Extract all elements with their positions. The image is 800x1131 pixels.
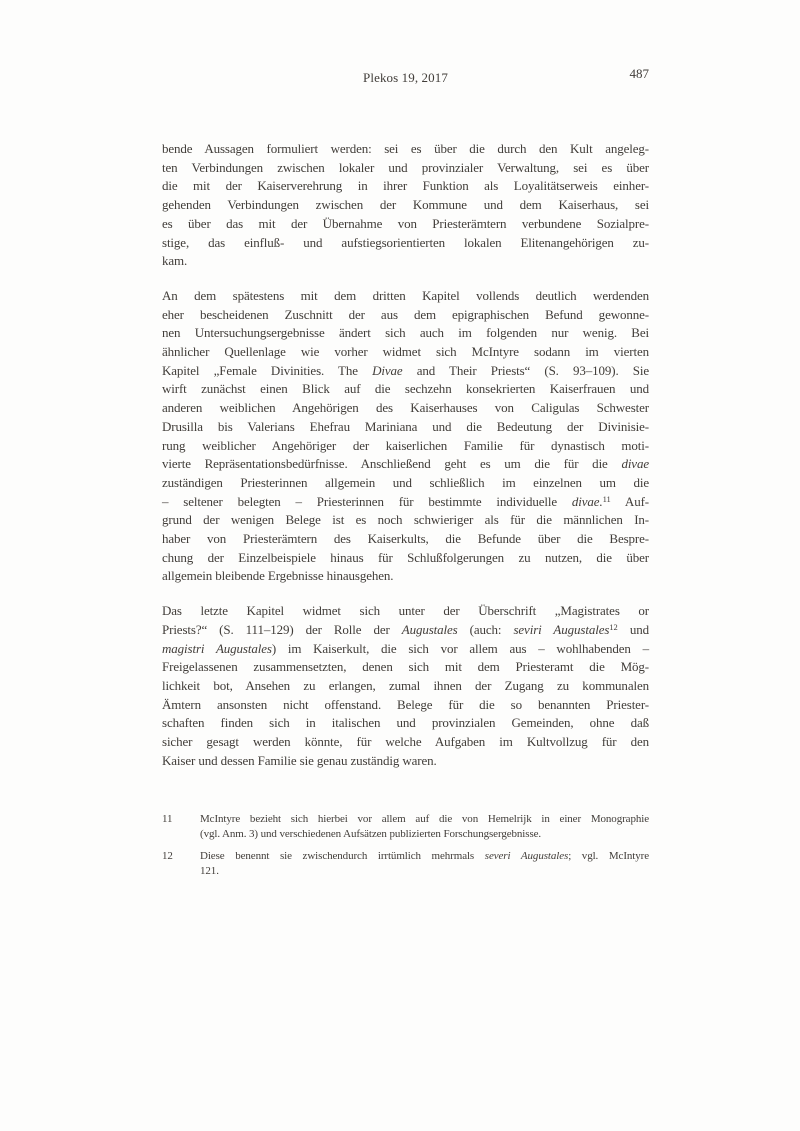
footnote-text: Diese benennt sie zwischendurch irrtümli… (200, 849, 649, 880)
text-run: wirft zunächst einen Blick auf die sechz… (162, 381, 649, 396)
text-line: es über das mit der Übernahme von Priest… (162, 215, 649, 234)
text-line: stige, das einfluß- und aufstiegsorienti… (162, 234, 649, 253)
page-number: 487 (630, 66, 650, 81)
text-run: (auch: (458, 622, 514, 637)
paragraph-2: An dem spätestens mit dem dritten Kapite… (162, 287, 649, 586)
footnote-11: 11 McIntyre bezieht sich hierbei vor all… (162, 812, 649, 843)
footnotes-section: 11 McIntyre bezieht sich hierbei vor all… (162, 812, 649, 880)
italic-run: Augustales (402, 622, 458, 637)
text-line: Das letzte Kapitel widmet sich unter der… (162, 602, 649, 621)
document-page: Plekos 19, 2017 487 bende Aussagen formu… (0, 0, 800, 1131)
text-run: Das letzte Kapitel widmet sich unter der… (162, 603, 649, 618)
text-line: ähnlicher Quellenlage wie vorher widmet … (162, 343, 649, 362)
text-run: An dem spätestens mit dem dritten Kapite… (162, 288, 649, 303)
text-run: rung weiblicher Angehöriger der kaiserli… (162, 438, 649, 453)
italic-run: magistri Augustales (162, 641, 272, 656)
italic-run: severi Augustales (485, 850, 568, 862)
text-run: und (618, 622, 649, 637)
text-line: Diese benennt sie zwischendurch irrtümli… (200, 849, 649, 865)
text-line: rung weiblicher Angehöriger der kaiserli… (162, 437, 649, 456)
text-line: 121. (200, 864, 649, 880)
text-run: ) im Kaiserkult, die sich vor allem aus … (272, 641, 649, 656)
text-run: es über das mit der Übernahme von Priest… (162, 216, 649, 231)
text-run: (vgl. Anm. 3) und verschiedenen Aufsätze… (200, 828, 541, 840)
footnote-ref: 12 (609, 622, 618, 632)
text-run: 121. (200, 865, 219, 877)
text-line: allgemein bleibende Ergebnisse hinausgeh… (162, 567, 649, 586)
text-run: zuständigen Priesterinnen allgemein und … (162, 475, 649, 490)
text-line: bende Aussagen formuliert werden: sei es… (162, 140, 649, 159)
text-line: vierte Repräsentationsbedürfnisse. Ansch… (162, 455, 649, 474)
text-line: kam. (162, 252, 649, 271)
footnote-number: 11 (162, 812, 200, 843)
text-line: wirft zunächst einen Blick auf die sechz… (162, 380, 649, 399)
text-line: (vgl. Anm. 3) und verschiedenen Aufsätze… (200, 827, 649, 843)
text-run: sicher gesagt werden könnte, für welche … (162, 734, 649, 749)
text-line: anderen weiblichen Angehörigen des Kaise… (162, 399, 649, 418)
text-run: kam. (162, 253, 187, 268)
italic-run: divae (621, 456, 649, 471)
text-line: Priests?“ (S. 111–129) der Rolle der Aug… (162, 621, 649, 640)
text-line: McIntyre bezieht sich hierbei vor allem … (200, 812, 649, 828)
text-run: eher bescheidenen Zuschnitt der aus dem … (162, 307, 649, 322)
text-line: Kaiser und dessen Familie sie genau zust… (162, 752, 649, 771)
page-header: Plekos 19, 2017 487 (162, 70, 649, 85)
text-run: Kaiser und dessen Familie sie genau zust… (162, 753, 437, 768)
text-run: Kapitel „Female Divinities. The (162, 363, 372, 378)
text-line: chung der Einzelbeispiele hinaus für Sch… (162, 549, 649, 568)
text-run: ähnlicher Quellenlage wie vorher widmet … (162, 344, 649, 359)
text-line: eher bescheidenen Zuschnitt der aus dem … (162, 306, 649, 325)
text-line: schaften finden sich in italischen und p… (162, 714, 649, 733)
text-line: die mit der Kaiserverehrung in ihrer Fun… (162, 177, 649, 196)
body-text: bende Aussagen formuliert werden: sei es… (162, 140, 649, 886)
text-run: anderen weiblichen Angehörigen des Kaise… (162, 400, 649, 415)
text-run: Freigelassenen zusammensetzten, denen si… (162, 659, 649, 674)
text-run: grund der wenigen Belege ist es noch sch… (162, 512, 649, 527)
text-run: chung der Einzelbeispiele hinaus für Sch… (162, 550, 649, 565)
text-run: lichkeit bot, Ansehen zu erlangen, zumal… (162, 678, 649, 693)
text-run: McIntyre bezieht sich hierbei vor allem … (200, 813, 649, 825)
paragraph-3: Das letzte Kapitel widmet sich unter der… (162, 602, 649, 770)
text-run: haber von Priesterämtern des Kaiserkults… (162, 531, 649, 546)
footnote-text: McIntyre bezieht sich hierbei vor allem … (200, 812, 649, 843)
text-run: bende Aussagen formuliert werden: sei es… (162, 141, 649, 156)
text-line: magistri Augustales) im Kaiserkult, die … (162, 640, 649, 659)
text-line: lichkeit bot, Ansehen zu erlangen, zumal… (162, 677, 649, 696)
text-line: ten Verbindungen zwischen lokaler und pr… (162, 159, 649, 178)
text-run: Priests?“ (S. 111–129) der Rolle der (162, 622, 402, 637)
text-line: Ämtern ansonsten nicht offenstand. Beleg… (162, 696, 649, 715)
text-run: – seltener belegten – Priesterinnen für … (162, 494, 572, 509)
text-line: gehenden Verbindungen zwischen der Kommu… (162, 196, 649, 215)
text-line: An dem spätestens mit dem dritten Kapite… (162, 287, 649, 306)
text-line: haber von Priesterämtern des Kaiserkults… (162, 530, 649, 549)
italic-run: divae. (572, 494, 603, 509)
italic-run: seviri Augustales (513, 622, 609, 637)
text-line: Freigelassenen zusammensetzten, denen si… (162, 658, 649, 677)
text-run: and Their Priests“ (S. 93–109). Sie (403, 363, 649, 378)
text-line: zuständigen Priesterinnen allgemein und … (162, 474, 649, 493)
text-run: stige, das einfluß- und aufstiegsorienti… (162, 235, 649, 250)
text-line: – seltener belegten – Priesterinnen für … (162, 493, 649, 512)
text-run: Diese benennt sie zwischendurch irrtümli… (200, 850, 485, 862)
italic-run: Divae (372, 363, 402, 378)
text-run: die mit der Kaiserverehrung in ihrer Fun… (162, 178, 649, 193)
text-run: schaften finden sich in italischen und p… (162, 715, 649, 730)
text-run: Auf- (611, 494, 649, 509)
text-run: nen Untersuchungsergebnisse ändert sich … (162, 325, 649, 340)
footnote-12: 12 Diese benennt sie zwischendurch irrtü… (162, 849, 649, 880)
text-run: Drusilla bis Valerians Ehefrau Mariniana… (162, 419, 649, 434)
running-head: Plekos 19, 2017 (162, 70, 649, 85)
text-line: nen Untersuchungsergebnisse ändert sich … (162, 324, 649, 343)
text-line: Drusilla bis Valerians Ehefrau Mariniana… (162, 418, 649, 437)
text-run: ten Verbindungen zwischen lokaler und pr… (162, 160, 649, 175)
paragraph-1: bende Aussagen formuliert werden: sei es… (162, 140, 649, 271)
footnote-number: 12 (162, 849, 200, 880)
footnote-ref: 11 (603, 494, 611, 504)
text-run: ; vgl. McIntyre (568, 850, 649, 862)
text-run: gehenden Verbindungen zwischen der Kommu… (162, 197, 649, 212)
text-run: Ämtern ansonsten nicht offenstand. Beleg… (162, 697, 649, 712)
text-run: vierte Repräsentationsbedürfnisse. Ansch… (162, 456, 621, 471)
text-line: grund der wenigen Belege ist es noch sch… (162, 511, 649, 530)
text-line: sicher gesagt werden könnte, für welche … (162, 733, 649, 752)
text-run: allgemein bleibende Ergebnisse hinausgeh… (162, 568, 393, 583)
text-line: Kapitel „Female Divinities. The Divae an… (162, 362, 649, 381)
